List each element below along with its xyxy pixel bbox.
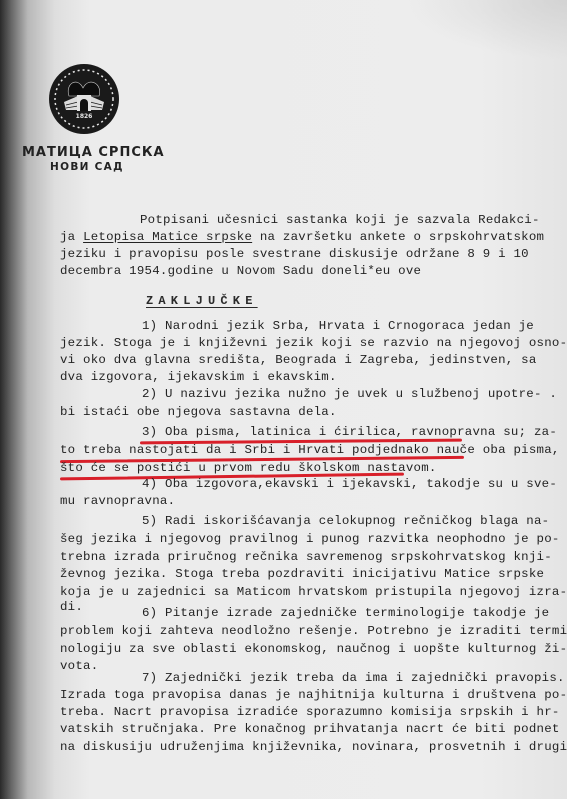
conclusion-6-line: 6) Pitanje izrade zajedničke terminologi… (142, 606, 549, 620)
intro-fragment: na završetku ankete o srpskohrvatskom (252, 230, 544, 244)
conclusion-4-line: mu ravnopravna. (60, 494, 175, 508)
conclusion-3-line: 3) Oba pisma, latinica i ćirilica, ravno… (142, 425, 557, 439)
conclusion-5-line: šeg jezika i njegovog pravilnog i punog … (60, 532, 560, 546)
intro-line: jeziku i pravopisu posle svestrane disku… (60, 247, 529, 261)
conclusion-6-line: problem koji zahteva neodložno rešenje. … (60, 624, 567, 638)
org-city: НОВИ САД (50, 161, 124, 173)
conclusion-7-line: treba. Nacrt pravopisa izradiće sporazum… (60, 705, 560, 719)
conclusion-7-line: 7) Zajednički jezik treba da ima i zajed… (142, 671, 565, 685)
conclusion-5-line: koja je u zajednici sa Maticom hrvatskom… (60, 585, 567, 599)
conclusion-5-line: ževnog jezika. Stoga treba pozdraviti in… (60, 567, 544, 581)
org-name: МАТИЦА СРПСКА (22, 145, 165, 160)
conclusion-7-line: na diskusiju udruženjima književnika, no… (60, 740, 567, 754)
conclusion-1-line: dva izgovora, ijekavskim i ekavskim. (60, 370, 337, 384)
scanned-document-page: 1826 МАТИЦА СРПСКА НОВИ САД Potpisani uč… (0, 0, 567, 799)
conclusion-7-line: Izrada toga pravopisa danas je najhitnij… (60, 688, 567, 702)
journal-title: Letopisa Matice srpske (83, 230, 252, 244)
intro-line: Potpisani učesnici sastanka koji je sazv… (140, 213, 540, 227)
conclusion-6-line: vota. (60, 659, 98, 673)
intro-line: decembra 1954.godine u Novom Sadu doneli… (60, 264, 421, 278)
section-heading: ZAKLJUČKE (146, 294, 258, 308)
conclusion-5-line: 5) Radi iskorišćavanja celokupnog rečnič… (142, 514, 549, 528)
matica-srpska-seal-icon: 1826 (47, 62, 121, 136)
intro-fragment: ja (60, 230, 83, 244)
conclusion-1-line: 1) Narodni jezik Srba, Hrvata i Crnogora… (142, 319, 534, 333)
conclusion-7-line: vatskih stručnjaka. Pre konačnog prihvat… (60, 722, 560, 736)
conclusion-2-line: bi istaći obe njegova sastavna dela. (60, 405, 337, 419)
conclusion-1-line: jezik. Stoga je i književni jezik koji s… (60, 336, 567, 350)
paper-shadow (407, 0, 567, 60)
conclusion-6-line: nologiju za sve oblasti ekonomskog, nauč… (60, 642, 567, 656)
conclusion-3-line: to treba nastojati da i Srbi i Hrvati po… (60, 443, 560, 457)
conclusion-4-line: 4) Oba izgovora,ekavski i ijekavski, tak… (142, 477, 557, 491)
emblem-year: 1826 (76, 113, 93, 120)
conclusion-5-line: trebna izrada priručnog rečnika savremen… (60, 550, 552, 564)
conclusion-5-line: di. (60, 600, 83, 614)
intro-line: ja Letopisa Matice srpske na završetku a… (60, 230, 544, 244)
conclusion-1-line: vi oko dva glavna središta, Beograda i Z… (60, 353, 537, 367)
conclusion-2-line: 2) U nazivu jezika nužno je uvek u služb… (142, 387, 557, 401)
